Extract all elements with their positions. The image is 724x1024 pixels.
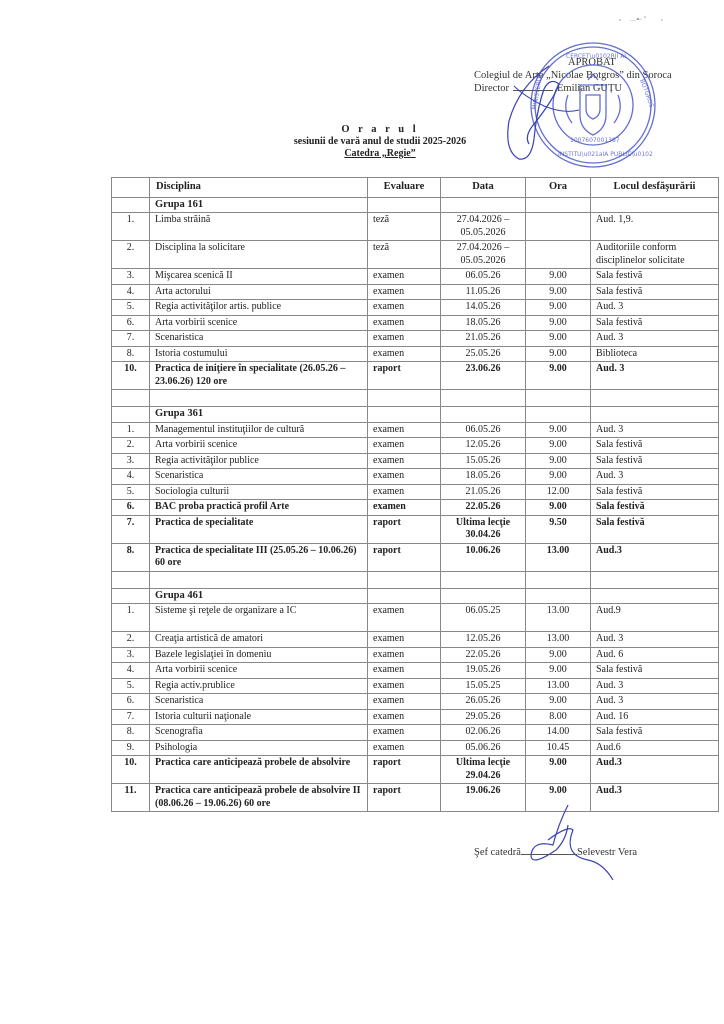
cell-data: 15.05.26 bbox=[441, 453, 526, 469]
cell-evaluare: raport bbox=[368, 362, 441, 390]
cell-data: 18.05.26 bbox=[441, 469, 526, 485]
cell-data: 22.05.26 bbox=[441, 500, 526, 516]
cell-nr: 5. bbox=[112, 484, 150, 500]
cell-locul: Aud. 1,9. bbox=[591, 213, 719, 241]
group-name: Grupa 461 bbox=[150, 588, 368, 604]
cell-nr: 4. bbox=[112, 469, 150, 485]
cell-data: 23.06.26 bbox=[441, 362, 526, 390]
cell-disciplina: Practica care anticipează probele de abs… bbox=[150, 756, 368, 784]
cell-disciplina: Mişcarea scenică II bbox=[150, 269, 368, 285]
table-row: 2.Arta vorbirii sceniceexamen12.05.269.0… bbox=[112, 438, 719, 454]
cell-data: 10.06.26 bbox=[441, 543, 526, 571]
cell-nr: 9. bbox=[112, 740, 150, 756]
cell-nr: 2. bbox=[112, 438, 150, 454]
cell-ora: 12.00 bbox=[526, 484, 591, 500]
title-orarul: O r a r u l bbox=[260, 124, 500, 136]
cell-locul: Sala festivă bbox=[591, 284, 719, 300]
cell-nr: 7. bbox=[112, 331, 150, 347]
cell-disciplina: Arta vorbirii scenice bbox=[150, 663, 368, 679]
footer-name: Selevestr Vera bbox=[577, 847, 637, 858]
cell-disciplina: Sociologia culturii bbox=[150, 484, 368, 500]
cell-locul: Sala festivă bbox=[591, 484, 719, 500]
cell-data: 26.05.26 bbox=[441, 694, 526, 710]
header-nr bbox=[112, 178, 150, 198]
cell-nr: 8. bbox=[112, 725, 150, 741]
cell-disciplina: Regia activ.prublice bbox=[150, 678, 368, 694]
cell-ora: 9.00 bbox=[526, 469, 591, 485]
cell-nr: 5. bbox=[112, 300, 150, 316]
cell-data: 02.06.26 bbox=[441, 725, 526, 741]
group-header-row: Grupa 361 bbox=[112, 407, 719, 423]
table-row: 2.Creaţia artistică de amatoriexamen12.0… bbox=[112, 632, 719, 648]
table-row: 10.Practica de iniţiere în specialitate … bbox=[112, 362, 719, 390]
cell-ora: 9.00 bbox=[526, 331, 591, 347]
cell-disciplina: Practica care anticipează probele de abs… bbox=[150, 784, 368, 812]
header-data: Data bbox=[441, 178, 526, 198]
cell-data: Ultima lecţie 30.04.26 bbox=[441, 515, 526, 543]
cell-nr: 5. bbox=[112, 678, 150, 694]
cell-data: 27.04.2026 – 05.05.2026 bbox=[441, 213, 526, 241]
cell-evaluare: examen bbox=[368, 632, 441, 648]
table-row: 8.Scenografiaexamen02.06.2614.00Sala fes… bbox=[112, 725, 719, 741]
title-department: Catedra „Regie” bbox=[260, 148, 500, 160]
footer-signature-line bbox=[521, 854, 577, 855]
cell-locul: Auditoriile conform disciplinelor solici… bbox=[591, 241, 719, 269]
table-row: 7.Practica de specialitateraportUltima l… bbox=[112, 515, 719, 543]
cell-ora: 13.00 bbox=[526, 604, 591, 632]
cell-disciplina: Istoria culturii naţionale bbox=[150, 709, 368, 725]
header-locul: Locul desfăşurării bbox=[591, 178, 719, 198]
cell-data: 19.06.26 bbox=[441, 784, 526, 812]
cell-ora: 9.00 bbox=[526, 269, 591, 285]
cell-data: 18.05.26 bbox=[441, 315, 526, 331]
table-row: 1.Managementul instituţiilor de culturăe… bbox=[112, 422, 719, 438]
cell-disciplina: Practica de specialitate bbox=[150, 515, 368, 543]
cell-disciplina: Scenaristica bbox=[150, 469, 368, 485]
cell-ora: 9.50 bbox=[526, 515, 591, 543]
cell-ora: 9.00 bbox=[526, 422, 591, 438]
table-row: 11.Practica care anticipează probele de … bbox=[112, 784, 719, 812]
cell-data: 11.05.26 bbox=[441, 284, 526, 300]
cell-evaluare: examen bbox=[368, 438, 441, 454]
group-name: Grupa 161 bbox=[150, 197, 368, 213]
cell-nr: 6. bbox=[112, 694, 150, 710]
table-row: 10.Practica care anticipează probele de … bbox=[112, 756, 719, 784]
cell-locul: Biblioteca bbox=[591, 346, 719, 362]
table-header: Disciplina Evaluare Data Ora Locul desfă… bbox=[112, 178, 719, 198]
cell-disciplina: Practica de iniţiere în specialitate (26… bbox=[150, 362, 368, 390]
table-row: 1.Sisteme şi reţele de organizare a ICex… bbox=[112, 604, 719, 632]
cell-nr: 3. bbox=[112, 269, 150, 285]
cell-evaluare: teză bbox=[368, 213, 441, 241]
cell-locul: Sala festivă bbox=[591, 315, 719, 331]
cell-locul: Sala festivă bbox=[591, 500, 719, 516]
cell-nr: 7. bbox=[112, 709, 150, 725]
cell-ora: 13.00 bbox=[526, 678, 591, 694]
cell-evaluare: examen bbox=[368, 453, 441, 469]
cell-nr: 8. bbox=[112, 346, 150, 362]
cell-disciplina: Scenaristica bbox=[150, 331, 368, 347]
cell-evaluare: examen bbox=[368, 284, 441, 300]
cell-ora: 14.00 bbox=[526, 725, 591, 741]
cell-nr: 3. bbox=[112, 647, 150, 663]
cell-ora: 8.00 bbox=[526, 709, 591, 725]
cell-data: 06.05.26 bbox=[441, 269, 526, 285]
table-row: 5.Regia activ.prubliceexamen15.05.2513.0… bbox=[112, 678, 719, 694]
group-name: Grupa 361 bbox=[150, 407, 368, 423]
cell-disciplina: Bazele legislaţiei în domeniu bbox=[150, 647, 368, 663]
cell-disciplina: Scenografia bbox=[150, 725, 368, 741]
cell-data: 12.05.26 bbox=[441, 632, 526, 648]
cell-ora: 9.00 bbox=[526, 300, 591, 316]
cell-evaluare: examen bbox=[368, 331, 441, 347]
cell-ora: 13.00 bbox=[526, 543, 591, 571]
cell-ora: 9.00 bbox=[526, 284, 591, 300]
cell-evaluare: examen bbox=[368, 500, 441, 516]
schedule-table: Disciplina Evaluare Data Ora Locul desfă… bbox=[111, 177, 719, 812]
cell-data: 06.05.26 bbox=[441, 422, 526, 438]
group-header-row: Grupa 161 bbox=[112, 197, 719, 213]
cell-data: 22.05.26 bbox=[441, 647, 526, 663]
cell-ora: 9.00 bbox=[526, 694, 591, 710]
header-disciplina: Disciplina bbox=[150, 178, 368, 198]
cell-nr: 1. bbox=[112, 604, 150, 632]
svg-text:BOTGROS: BOTGROS bbox=[638, 78, 655, 109]
cell-evaluare: examen bbox=[368, 315, 441, 331]
header-ora: Ora bbox=[526, 178, 591, 198]
cell-data: 21.05.26 bbox=[441, 484, 526, 500]
table-row: 4.Arta vorbirii sceniceexamen19.05.269.0… bbox=[112, 663, 719, 679]
cell-locul: Aud. 3 bbox=[591, 331, 719, 347]
cell-evaluare: examen bbox=[368, 300, 441, 316]
scan-artifact bbox=[600, 10, 680, 30]
cell-evaluare: examen bbox=[368, 269, 441, 285]
head-signature-icon bbox=[518, 800, 618, 890]
cell-ora: 9.00 bbox=[526, 453, 591, 469]
table-body: Grupa 1611.Limba străinăteză27.04.2026 –… bbox=[112, 197, 719, 812]
cell-disciplina: Disciplina la solicitare bbox=[150, 241, 368, 269]
cell-locul: Aud.9 bbox=[591, 604, 719, 632]
cell-data: 25.05.26 bbox=[441, 346, 526, 362]
cell-evaluare: examen bbox=[368, 346, 441, 362]
cell-disciplina: Istoria costumului bbox=[150, 346, 368, 362]
cell-nr: 1. bbox=[112, 422, 150, 438]
cell-evaluare: examen bbox=[368, 694, 441, 710]
table-row: 6.Scenaristicaexamen26.05.269.00Aud. 3 bbox=[112, 694, 719, 710]
cell-ora bbox=[526, 241, 591, 269]
cell-data: 21.05.26 bbox=[441, 331, 526, 347]
table-row: 8.Practica de specialitate III (25.05.26… bbox=[112, 543, 719, 571]
cell-data: 14.05.26 bbox=[441, 300, 526, 316]
cell-locul: Aud.6 bbox=[591, 740, 719, 756]
cell-disciplina: Creaţia artistică de amatori bbox=[150, 632, 368, 648]
table-row: 3.Regia activităţilor publiceexamen15.05… bbox=[112, 453, 719, 469]
cell-data: Ultima lecţie 29.04.26 bbox=[441, 756, 526, 784]
group-spacer-row bbox=[112, 390, 719, 407]
footer-label: Şef catedră bbox=[474, 847, 521, 858]
cell-disciplina: Scenaristica bbox=[150, 694, 368, 710]
cell-nr: 8. bbox=[112, 543, 150, 571]
cell-nr: 1. bbox=[112, 213, 150, 241]
cell-nr: 6. bbox=[112, 500, 150, 516]
cell-data: 15.05.25 bbox=[441, 678, 526, 694]
cell-evaluare: examen bbox=[368, 740, 441, 756]
cell-evaluare: examen bbox=[368, 678, 441, 694]
cell-locul: Aud. 6 bbox=[591, 647, 719, 663]
table-row: 2.Disciplina la solicitareteză27.04.2026… bbox=[112, 241, 719, 269]
cell-locul: Sala festivă bbox=[591, 269, 719, 285]
table-row: 1.Limba străinăteză27.04.2026 – 05.05.20… bbox=[112, 213, 719, 241]
cell-locul: Aud. 3 bbox=[591, 300, 719, 316]
table-row: 3.Bazele legislaţiei în domeniuexamen22.… bbox=[112, 647, 719, 663]
header-evaluare: Evaluare bbox=[368, 178, 441, 198]
cell-nr: 4. bbox=[112, 663, 150, 679]
cell-evaluare: raport bbox=[368, 515, 441, 543]
table-row: 3.Mişcarea scenică IIexamen06.05.269.00S… bbox=[112, 269, 719, 285]
cell-nr: 2. bbox=[112, 241, 150, 269]
cell-locul: Aud. 16 bbox=[591, 709, 719, 725]
footer-signature: Şef catedrăSelevestr Vera bbox=[474, 847, 637, 858]
cell-evaluare: examen bbox=[368, 663, 441, 679]
cell-ora: 9.00 bbox=[526, 663, 591, 679]
cell-data: 29.05.26 bbox=[441, 709, 526, 725]
cell-disciplina: Regia activităţilor artis. publice bbox=[150, 300, 368, 316]
cell-locul: Aud.3 bbox=[591, 543, 719, 571]
cell-ora: 9.00 bbox=[526, 500, 591, 516]
cell-evaluare: examen bbox=[368, 709, 441, 725]
cell-locul: Sala festivă bbox=[591, 725, 719, 741]
cell-nr: 3. bbox=[112, 453, 150, 469]
cell-data: 12.05.26 bbox=[441, 438, 526, 454]
cell-locul: Aud. 3 bbox=[591, 678, 719, 694]
table-row: 6.Arta vorbirii sceniceexamen18.05.269.0… bbox=[112, 315, 719, 331]
cell-evaluare: raport bbox=[368, 543, 441, 571]
cell-locul: Sala festivă bbox=[591, 438, 719, 454]
cell-evaluare: examen bbox=[368, 422, 441, 438]
cell-ora: 9.00 bbox=[526, 756, 591, 784]
cell-ora: 9.00 bbox=[526, 647, 591, 663]
cell-locul: Aud. 3 bbox=[591, 422, 719, 438]
cell-evaluare: raport bbox=[368, 756, 441, 784]
cell-locul: Aud. 3 bbox=[591, 632, 719, 648]
group-header-row: Grupa 461 bbox=[112, 588, 719, 604]
cell-locul: Aud.3 bbox=[591, 756, 719, 784]
cell-ora: 9.00 bbox=[526, 315, 591, 331]
cell-disciplina: Limba străină bbox=[150, 213, 368, 241]
cell-locul: Sala festivă bbox=[591, 515, 719, 543]
cell-locul: Sala festivă bbox=[591, 453, 719, 469]
cell-nr: 6. bbox=[112, 315, 150, 331]
cell-data: 06.05.25 bbox=[441, 604, 526, 632]
cell-disciplina: Practica de specialitate III (25.05.26 –… bbox=[150, 543, 368, 571]
table-row: 5.Regia activităţilor artis. publiceexam… bbox=[112, 300, 719, 316]
cell-data: 05.06.26 bbox=[441, 740, 526, 756]
table-row: 9.Psihologiaexamen05.06.2610.45Aud.6 bbox=[112, 740, 719, 756]
cell-nr: 7. bbox=[112, 515, 150, 543]
cell-ora: 9.00 bbox=[526, 346, 591, 362]
cell-ora bbox=[526, 213, 591, 241]
cell-ora: 13.00 bbox=[526, 632, 591, 648]
cell-data: 27.04.2026 – 05.05.2026 bbox=[441, 241, 526, 269]
cell-evaluare: examen bbox=[368, 647, 441, 663]
cell-evaluare: teză bbox=[368, 241, 441, 269]
cell-nr: 10. bbox=[112, 362, 150, 390]
cell-locul: Sala festivă bbox=[591, 663, 719, 679]
table-row: 8.Istoria costumuluiexamen25.05.269.00Bi… bbox=[112, 346, 719, 362]
cell-disciplina: Psihologia bbox=[150, 740, 368, 756]
table-row: 5.Sociologia culturiiexamen21.05.2612.00… bbox=[112, 484, 719, 500]
cell-disciplina: Arta vorbirii scenice bbox=[150, 315, 368, 331]
group-spacer-row bbox=[112, 571, 719, 588]
cell-data: 19.05.26 bbox=[441, 663, 526, 679]
cell-disciplina: Arta vorbirii scenice bbox=[150, 438, 368, 454]
table-row: 7.Scenaristicaexamen21.05.269.00Aud. 3 bbox=[112, 331, 719, 347]
cell-nr: 11. bbox=[112, 784, 150, 812]
cell-ora: 10.45 bbox=[526, 740, 591, 756]
cell-nr: 4. bbox=[112, 284, 150, 300]
title-session: sesiunii de vară anul de studii 2025-202… bbox=[260, 136, 500, 148]
document-title: O r a r u l sesiunii de vară anul de stu… bbox=[260, 124, 500, 160]
cell-evaluare: examen bbox=[368, 469, 441, 485]
table-row: 4.Scenaristicaexamen18.05.269.00Aud. 3 bbox=[112, 469, 719, 485]
cell-evaluare: examen bbox=[368, 725, 441, 741]
table-row: 4.Arta actoruluiexamen11.05.269.00Sala f… bbox=[112, 284, 719, 300]
cell-locul: Aud. 3 bbox=[591, 362, 719, 390]
cell-disciplina: BAC proba practică profil Arte bbox=[150, 500, 368, 516]
cell-locul: Aud. 3 bbox=[591, 694, 719, 710]
cell-ora: 9.00 bbox=[526, 438, 591, 454]
director-signature-icon bbox=[494, 56, 584, 166]
table-row: 7.Istoria culturii naţionaleexamen29.05.… bbox=[112, 709, 719, 725]
cell-nr: 10. bbox=[112, 756, 150, 784]
cell-evaluare: raport bbox=[368, 784, 441, 812]
cell-disciplina: Regia activităţilor publice bbox=[150, 453, 368, 469]
cell-evaluare: examen bbox=[368, 484, 441, 500]
table-row: 6.BAC proba practică profil Arteexamen22… bbox=[112, 500, 719, 516]
cell-ora: 9.00 bbox=[526, 362, 591, 390]
cell-locul: Aud. 3 bbox=[591, 469, 719, 485]
cell-evaluare: examen bbox=[368, 604, 441, 632]
cell-disciplina: Arta actorului bbox=[150, 284, 368, 300]
cell-disciplina: Sisteme şi reţele de organizare a IC bbox=[150, 604, 368, 632]
cell-disciplina: Managementul instituţiilor de cultură bbox=[150, 422, 368, 438]
cell-nr: 2. bbox=[112, 632, 150, 648]
